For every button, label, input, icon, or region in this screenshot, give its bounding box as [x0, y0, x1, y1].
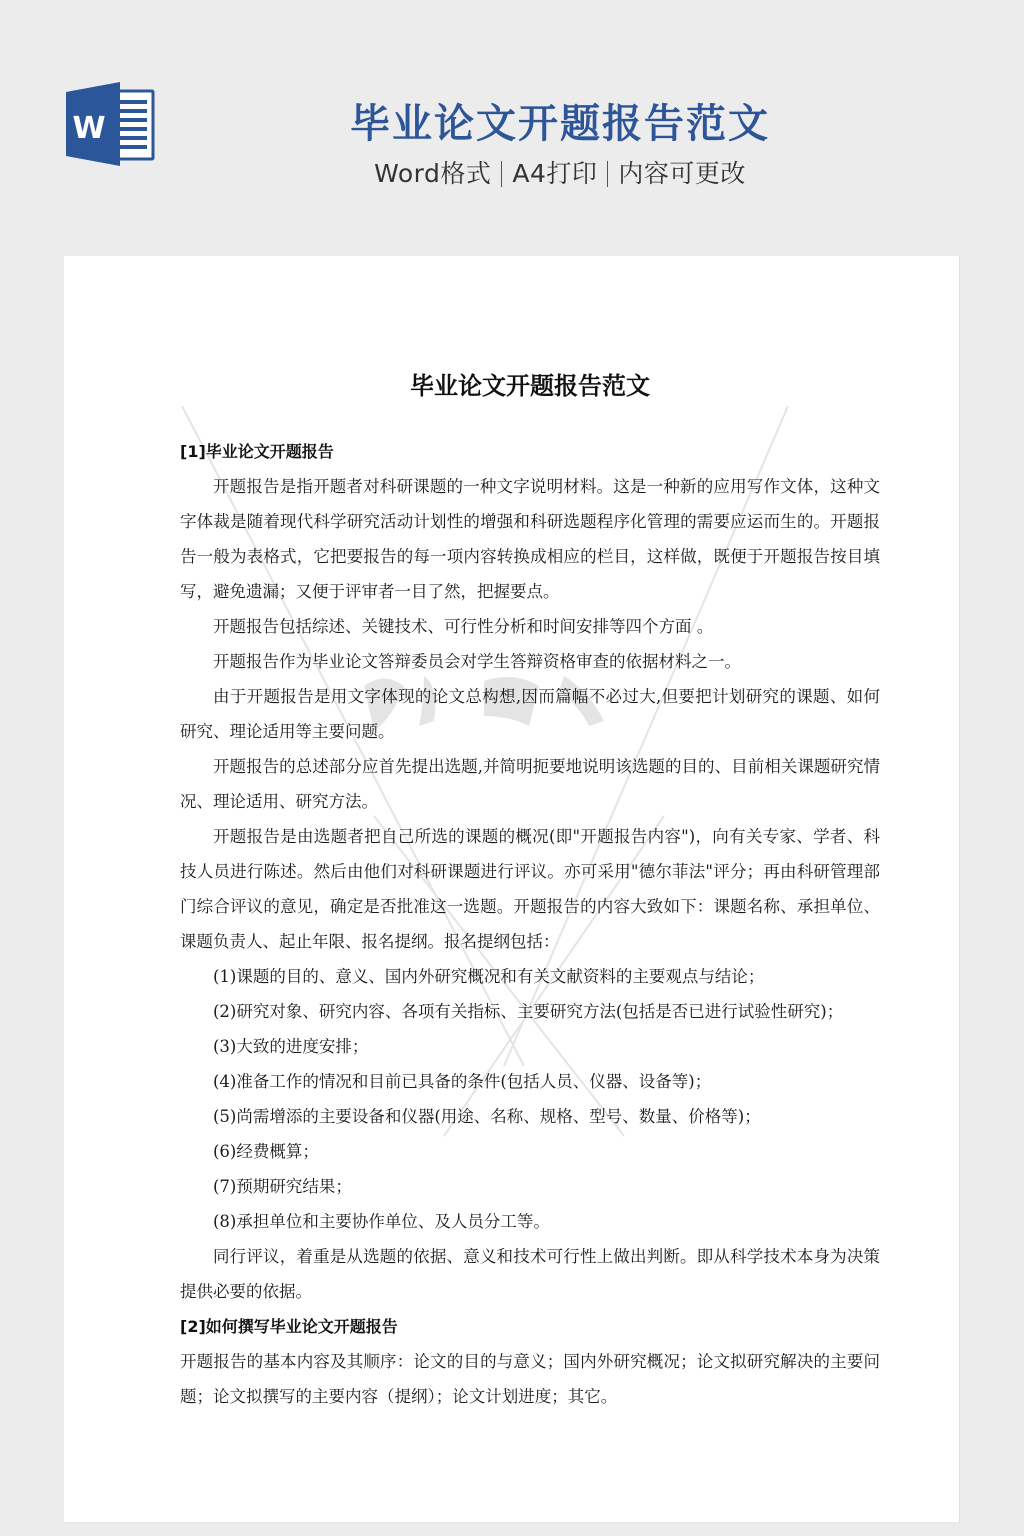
list-item: (4)准备工作的情况和目前已具备的条件(包括人员、仪器、设备等)； — [180, 1064, 880, 1099]
paragraph: 开题报告包括综述、关键技术、可行性分析和时间安排等四个方面 。 — [180, 609, 880, 644]
list-item: (6)经费概算； — [180, 1134, 880, 1169]
print-label: A4打印 — [512, 159, 597, 188]
banner-subtitle: Word格式A4打印内容可更改 — [300, 154, 820, 190]
paragraph: 开题报告是由选题者把自己所选的课题的概况(即"开题报告内容")，向有关专家、学者… — [180, 819, 880, 959]
divider — [501, 161, 502, 187]
paragraph: 开题报告是指开题者对科研课题的一种文字说明材料。这是一种新的应用写作文体，这种文… — [180, 469, 880, 609]
document-page: 毕业论文开题报告范文 [1]毕业论文开题报告 开题报告是指开题者对科研课题的一种… — [64, 256, 960, 1523]
list-item: (3)大致的进度安排； — [180, 1029, 880, 1064]
banner: W 毕业论文开题报告范文 Word格式A4打印内容可更改 — [0, 0, 1024, 256]
list-item: (8)承担单位和主要协作单位、及人员分工等。 — [180, 1204, 880, 1239]
svg-text:W: W — [72, 111, 105, 146]
paragraph: 开题报告的基本内容及其顺序：论文的目的与意义；国内外研究概况；论文拟研究解决的主… — [180, 1344, 880, 1414]
banner-title: 毕业论文开题报告范文 — [300, 92, 820, 149]
list-item: (7)预期研究结果； — [180, 1169, 880, 1204]
paragraph: 开题报告的总述部分应首先提出选题,并简明扼要地说明该选题的目的、目前相关课题研究… — [180, 749, 880, 819]
document-body: 毕业论文开题报告范文 [1]毕业论文开题报告 开题报告是指开题者对科研课题的一种… — [180, 366, 880, 1414]
editable-label: 内容可更改 — [618, 159, 746, 188]
list-item: (5)尚需增添的主要设备和仪器(用途、名称、规格、型号、数量、价格等)； — [180, 1099, 880, 1134]
section-heading: [2]如何撰写毕业论文开题报告 — [180, 1309, 880, 1344]
format-label: Word格式 — [374, 159, 491, 188]
paragraph: 同行评议，着重是从选题的依据、意义和技术可行性上做出判断。即从科学技术本身为决策… — [180, 1239, 880, 1309]
document-title: 毕业论文开题报告范文 — [180, 366, 880, 406]
outline-list: (1)课题的目的、意义、国内外研究概况和有关文献资料的主要观点与结论； (2)研… — [180, 959, 880, 1239]
divider — [607, 161, 608, 187]
list-item: (2)研究对象、研究内容、各项有关指标、主要研究方法(包括是否已进行试验性研究)… — [180, 994, 880, 1029]
list-item: (1)课题的目的、意义、国内外研究概况和有关文献资料的主要观点与结论； — [180, 959, 880, 994]
word-icon: W — [64, 82, 156, 166]
paragraph: 由于开题报告是用文字体现的论文总构想,因而篇幅不必过大,但要把计划研究的课题、如… — [180, 679, 880, 749]
paragraph: 开题报告作为毕业论文答辩委员会对学生答辩资格审查的依据材料之一。 — [180, 644, 880, 679]
section-heading: [1]毕业论文开题报告 — [180, 434, 880, 469]
